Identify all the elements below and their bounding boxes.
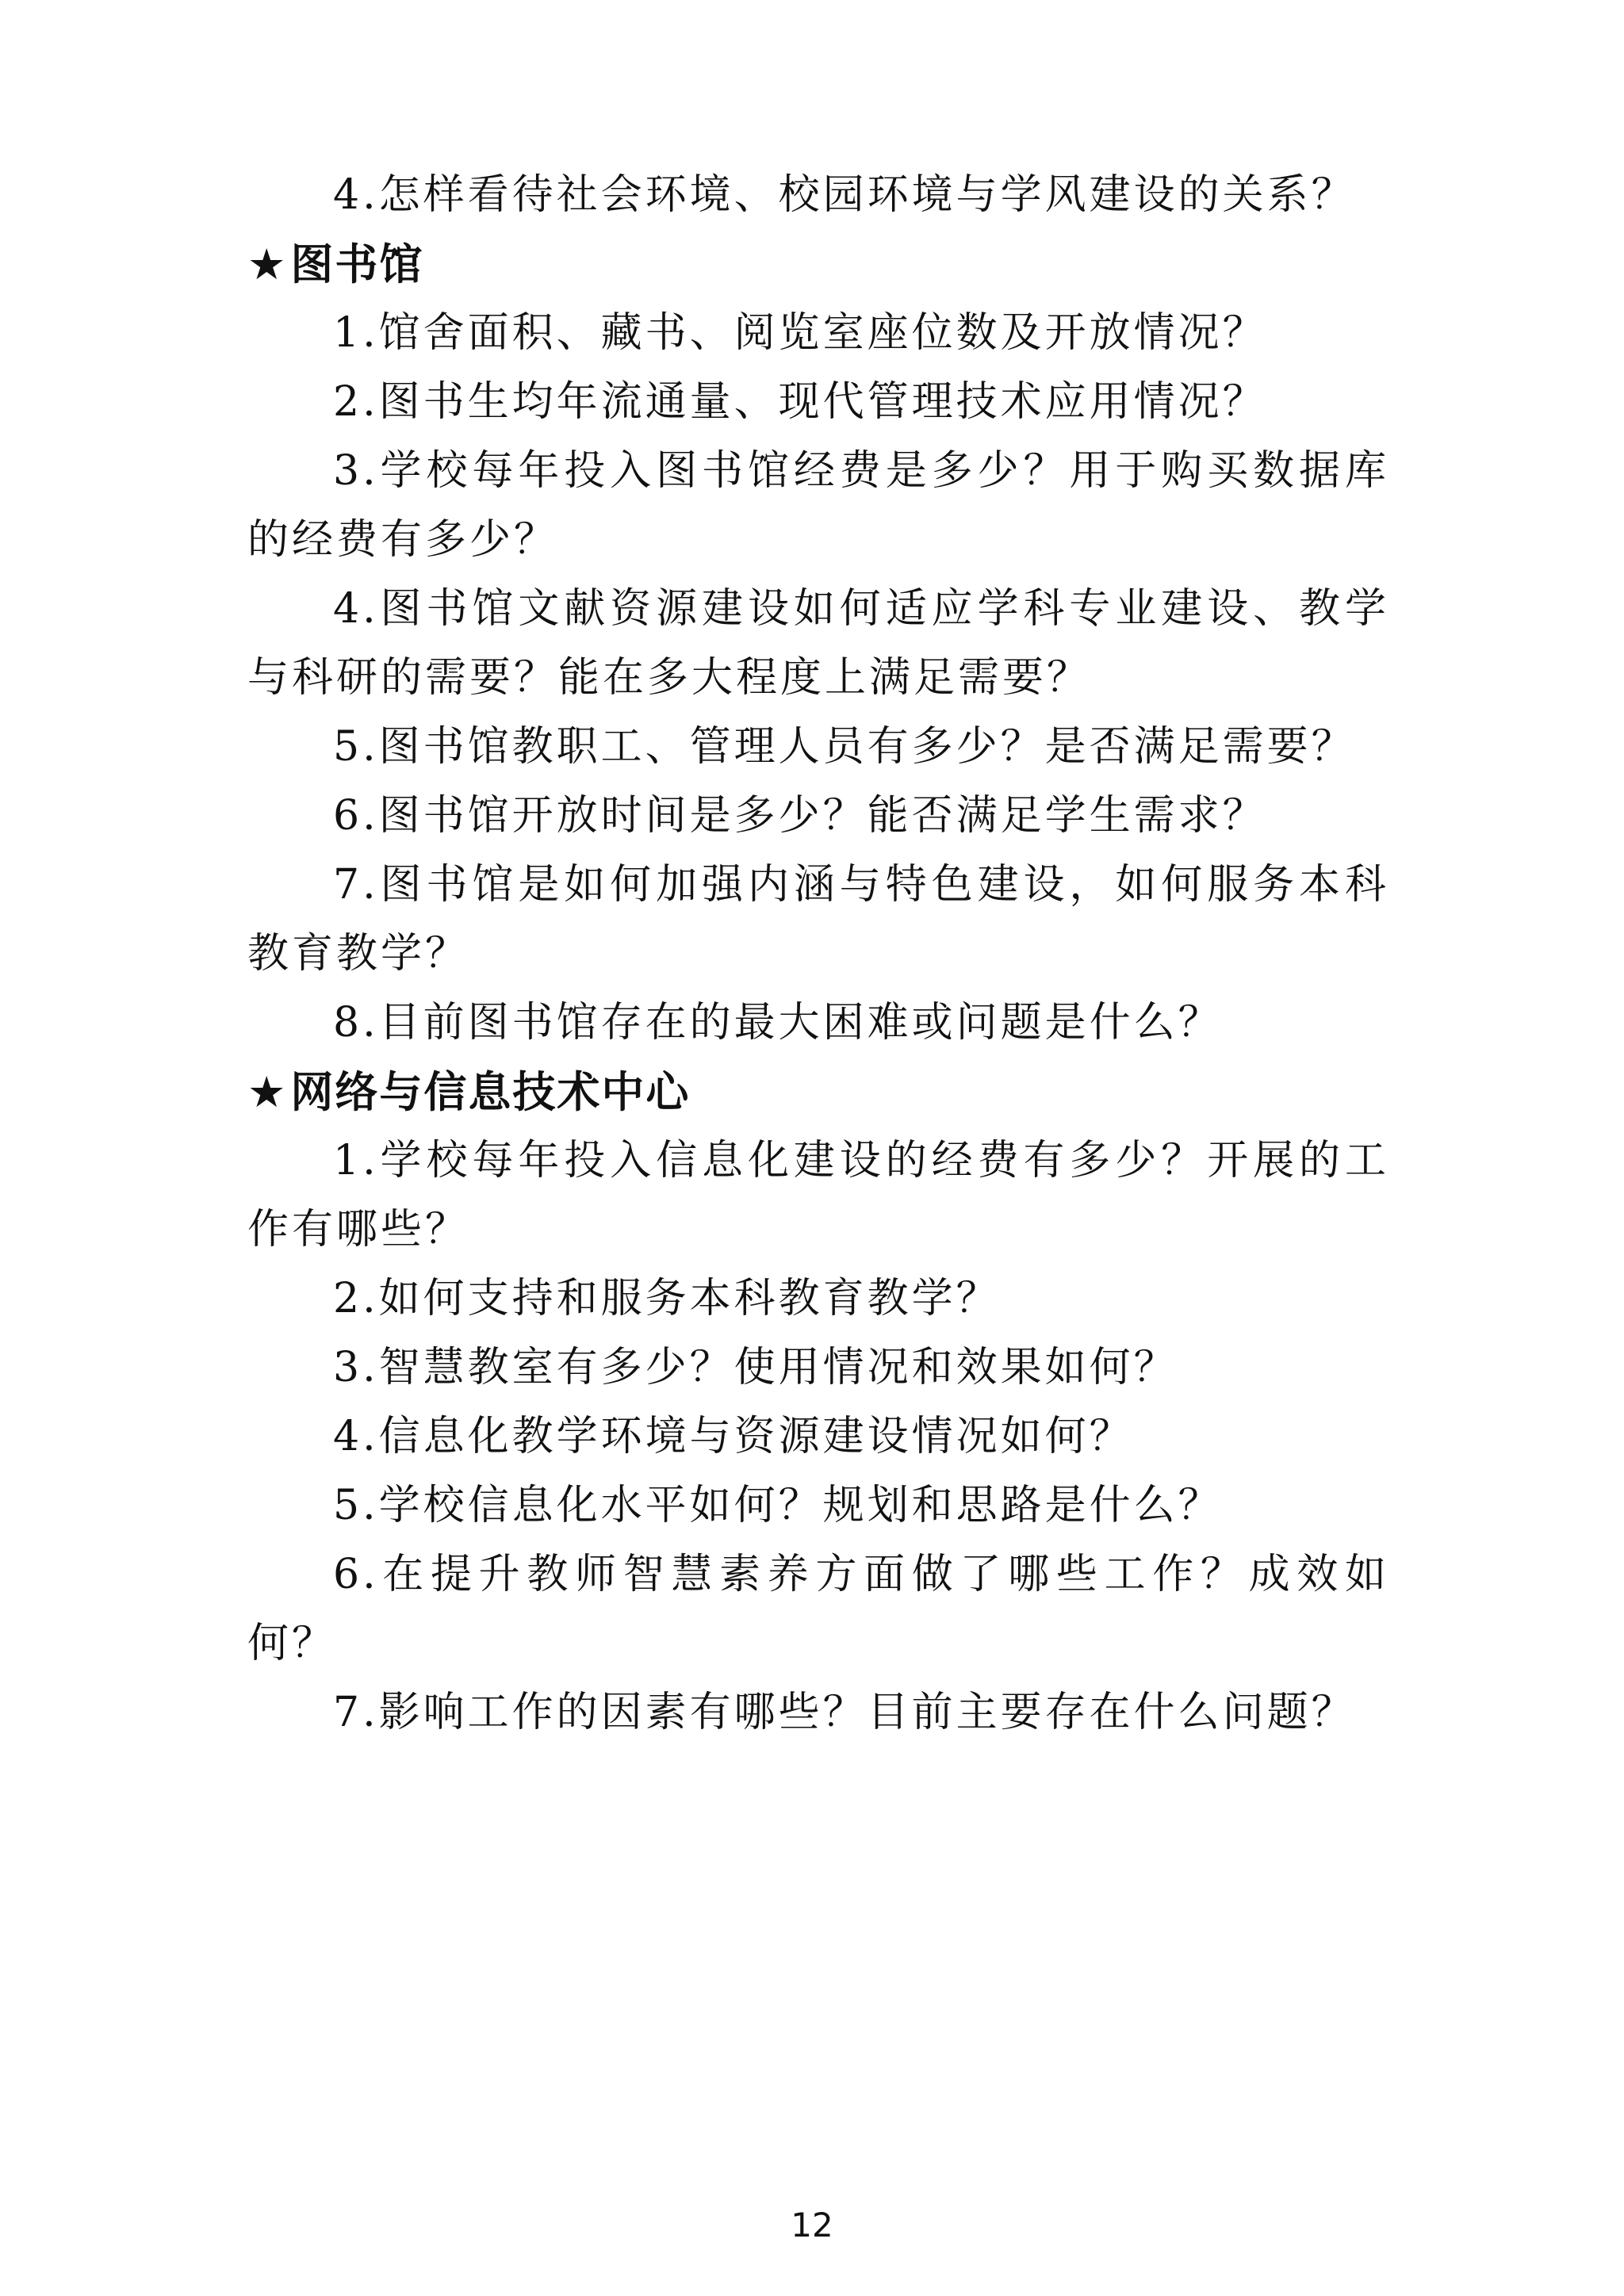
question-number: 7.	[333, 1689, 379, 1736]
question-number: 3.	[333, 1344, 379, 1391]
question-item: 3.智慧教室有多少？使用情况和效果如何？	[247, 1334, 1389, 1402]
question-item: 3.学校每年投入图书馆经费是多少？用于购买数据库的经费有多少？	[247, 437, 1389, 575]
question-item: 7.影响工作的因素有哪些？目前主要存在什么问题？	[247, 1678, 1389, 1747]
question-item: 4.怎样看待社会环境、校园环境与学风建设的关系？	[247, 161, 1389, 230]
question-text: 怎样看待社会环境、校园环境与学风建设的关系？	[379, 171, 1356, 219]
question-number: 7.	[333, 861, 379, 909]
question-number: 2.	[333, 378, 379, 426]
question-text: 在提升教师智慧素养方面做了哪些工作？成效如何？	[247, 1551, 1389, 1667]
question-item: 4.信息化教学环境与资源建设情况如何？	[247, 1402, 1389, 1471]
question-text: 智慧教室有多少？使用情况和效果如何？	[379, 1344, 1178, 1391]
question-number: 8.	[333, 999, 379, 1047]
question-number: 4.	[333, 585, 379, 633]
star-icon: ★	[247, 230, 287, 299]
question-number: 3.	[333, 447, 379, 495]
question-number: 4.	[333, 171, 379, 219]
section-heading: ★网络与信息技术中心	[247, 1058, 1389, 1127]
question-text: 如何支持和服务本科教育教学？	[379, 1275, 1001, 1322]
question-text: 图书馆是如何加强内涵与特色建设，如何服务本科教育教学？	[247, 861, 1389, 978]
question-number: 4.	[333, 1413, 379, 1460]
document-page: 4.怎样看待社会环境、校园环境与学风建设的关系？ ★图书馆 1.馆舍面积、藏书、…	[247, 161, 1389, 1747]
question-number: 5.	[333, 1482, 379, 1529]
question-item: 8.目前图书馆存在的最大困难或问题是什么？	[247, 989, 1389, 1058]
question-item: 7.图书馆是如何加强内涵与特色建设，如何服务本科教育教学？	[247, 851, 1389, 989]
section-library: ★图书馆 1.馆舍面积、藏书、阅览室座位数及开放情况？ 2.图书生均年流通量、现…	[247, 230, 1389, 1058]
question-number: 6.	[333, 1551, 379, 1598]
question-item: 2.图书生均年流通量、现代管理技术应用情况？	[247, 368, 1389, 437]
question-text: 图书生均年流通量、现代管理技术应用情况？	[379, 378, 1267, 426]
question-item: 5.学校信息化水平如何？规划和思路是什么？	[247, 1471, 1389, 1540]
star-icon: ★	[247, 1058, 287, 1127]
question-item: 2.如何支持和服务本科教育教学？	[247, 1265, 1389, 1334]
question-number: 5.	[333, 723, 379, 771]
question-item: 4.图书馆文献资源建设如何适应学科专业建设、教学与科研的需要？能在多大程度上满足…	[247, 575, 1389, 713]
question-item: 1.学校每年投入信息化建设的经费有多少？开展的工作有哪些？	[247, 1127, 1389, 1265]
question-number: 1.	[333, 309, 379, 357]
question-item: 1.馆舍面积、藏书、阅览室座位数及开放情况？	[247, 299, 1389, 368]
section-title: 图书馆	[290, 239, 423, 289]
section-network-it-center: ★网络与信息技术中心 1.学校每年投入信息化建设的经费有多少？开展的工作有哪些？…	[247, 1058, 1389, 1747]
question-number: 2.	[333, 1275, 379, 1322]
section-title: 网络与信息技术中心	[290, 1067, 690, 1117]
intro-question-list: 4.怎样看待社会环境、校园环境与学风建设的关系？	[247, 161, 1389, 230]
question-text: 馆舍面积、藏书、阅览室座位数及开放情况？	[379, 309, 1267, 357]
question-text: 图书馆教职工、管理人员有多少？是否满足需要？	[379, 723, 1356, 771]
question-text: 目前图书馆存在的最大困难或问题是什么？	[379, 999, 1223, 1047]
question-text: 学校信息化水平如何？规划和思路是什么？	[379, 1482, 1223, 1529]
question-text: 学校每年投入信息化建设的经费有多少？开展的工作有哪些？	[247, 1137, 1389, 1253]
question-item: 5.图书馆教职工、管理人员有多少？是否满足需要？	[247, 713, 1389, 782]
question-text: 影响工作的因素有哪些？目前主要存在什么问题？	[379, 1689, 1356, 1736]
question-text: 图书馆开放时间是多少？能否满足学生需求？	[379, 792, 1267, 840]
page-number: 12	[0, 2206, 1624, 2244]
question-item: 6.在提升教师智慧素养方面做了哪些工作？成效如何？	[247, 1540, 1389, 1678]
question-number: 6.	[333, 792, 379, 840]
question-item: 6.图书馆开放时间是多少？能否满足学生需求？	[247, 782, 1389, 851]
question-text: 信息化教学环境与资源建设情况如何？	[379, 1413, 1134, 1460]
question-number: 1.	[333, 1137, 379, 1184]
section-heading: ★图书馆	[247, 230, 1389, 299]
question-text: 学校每年投入图书馆经费是多少？用于购买数据库的经费有多少？	[247, 447, 1389, 564]
question-text: 图书馆文献资源建设如何适应学科专业建设、教学与科研的需要？能在多大程度上满足需要…	[247, 585, 1389, 702]
